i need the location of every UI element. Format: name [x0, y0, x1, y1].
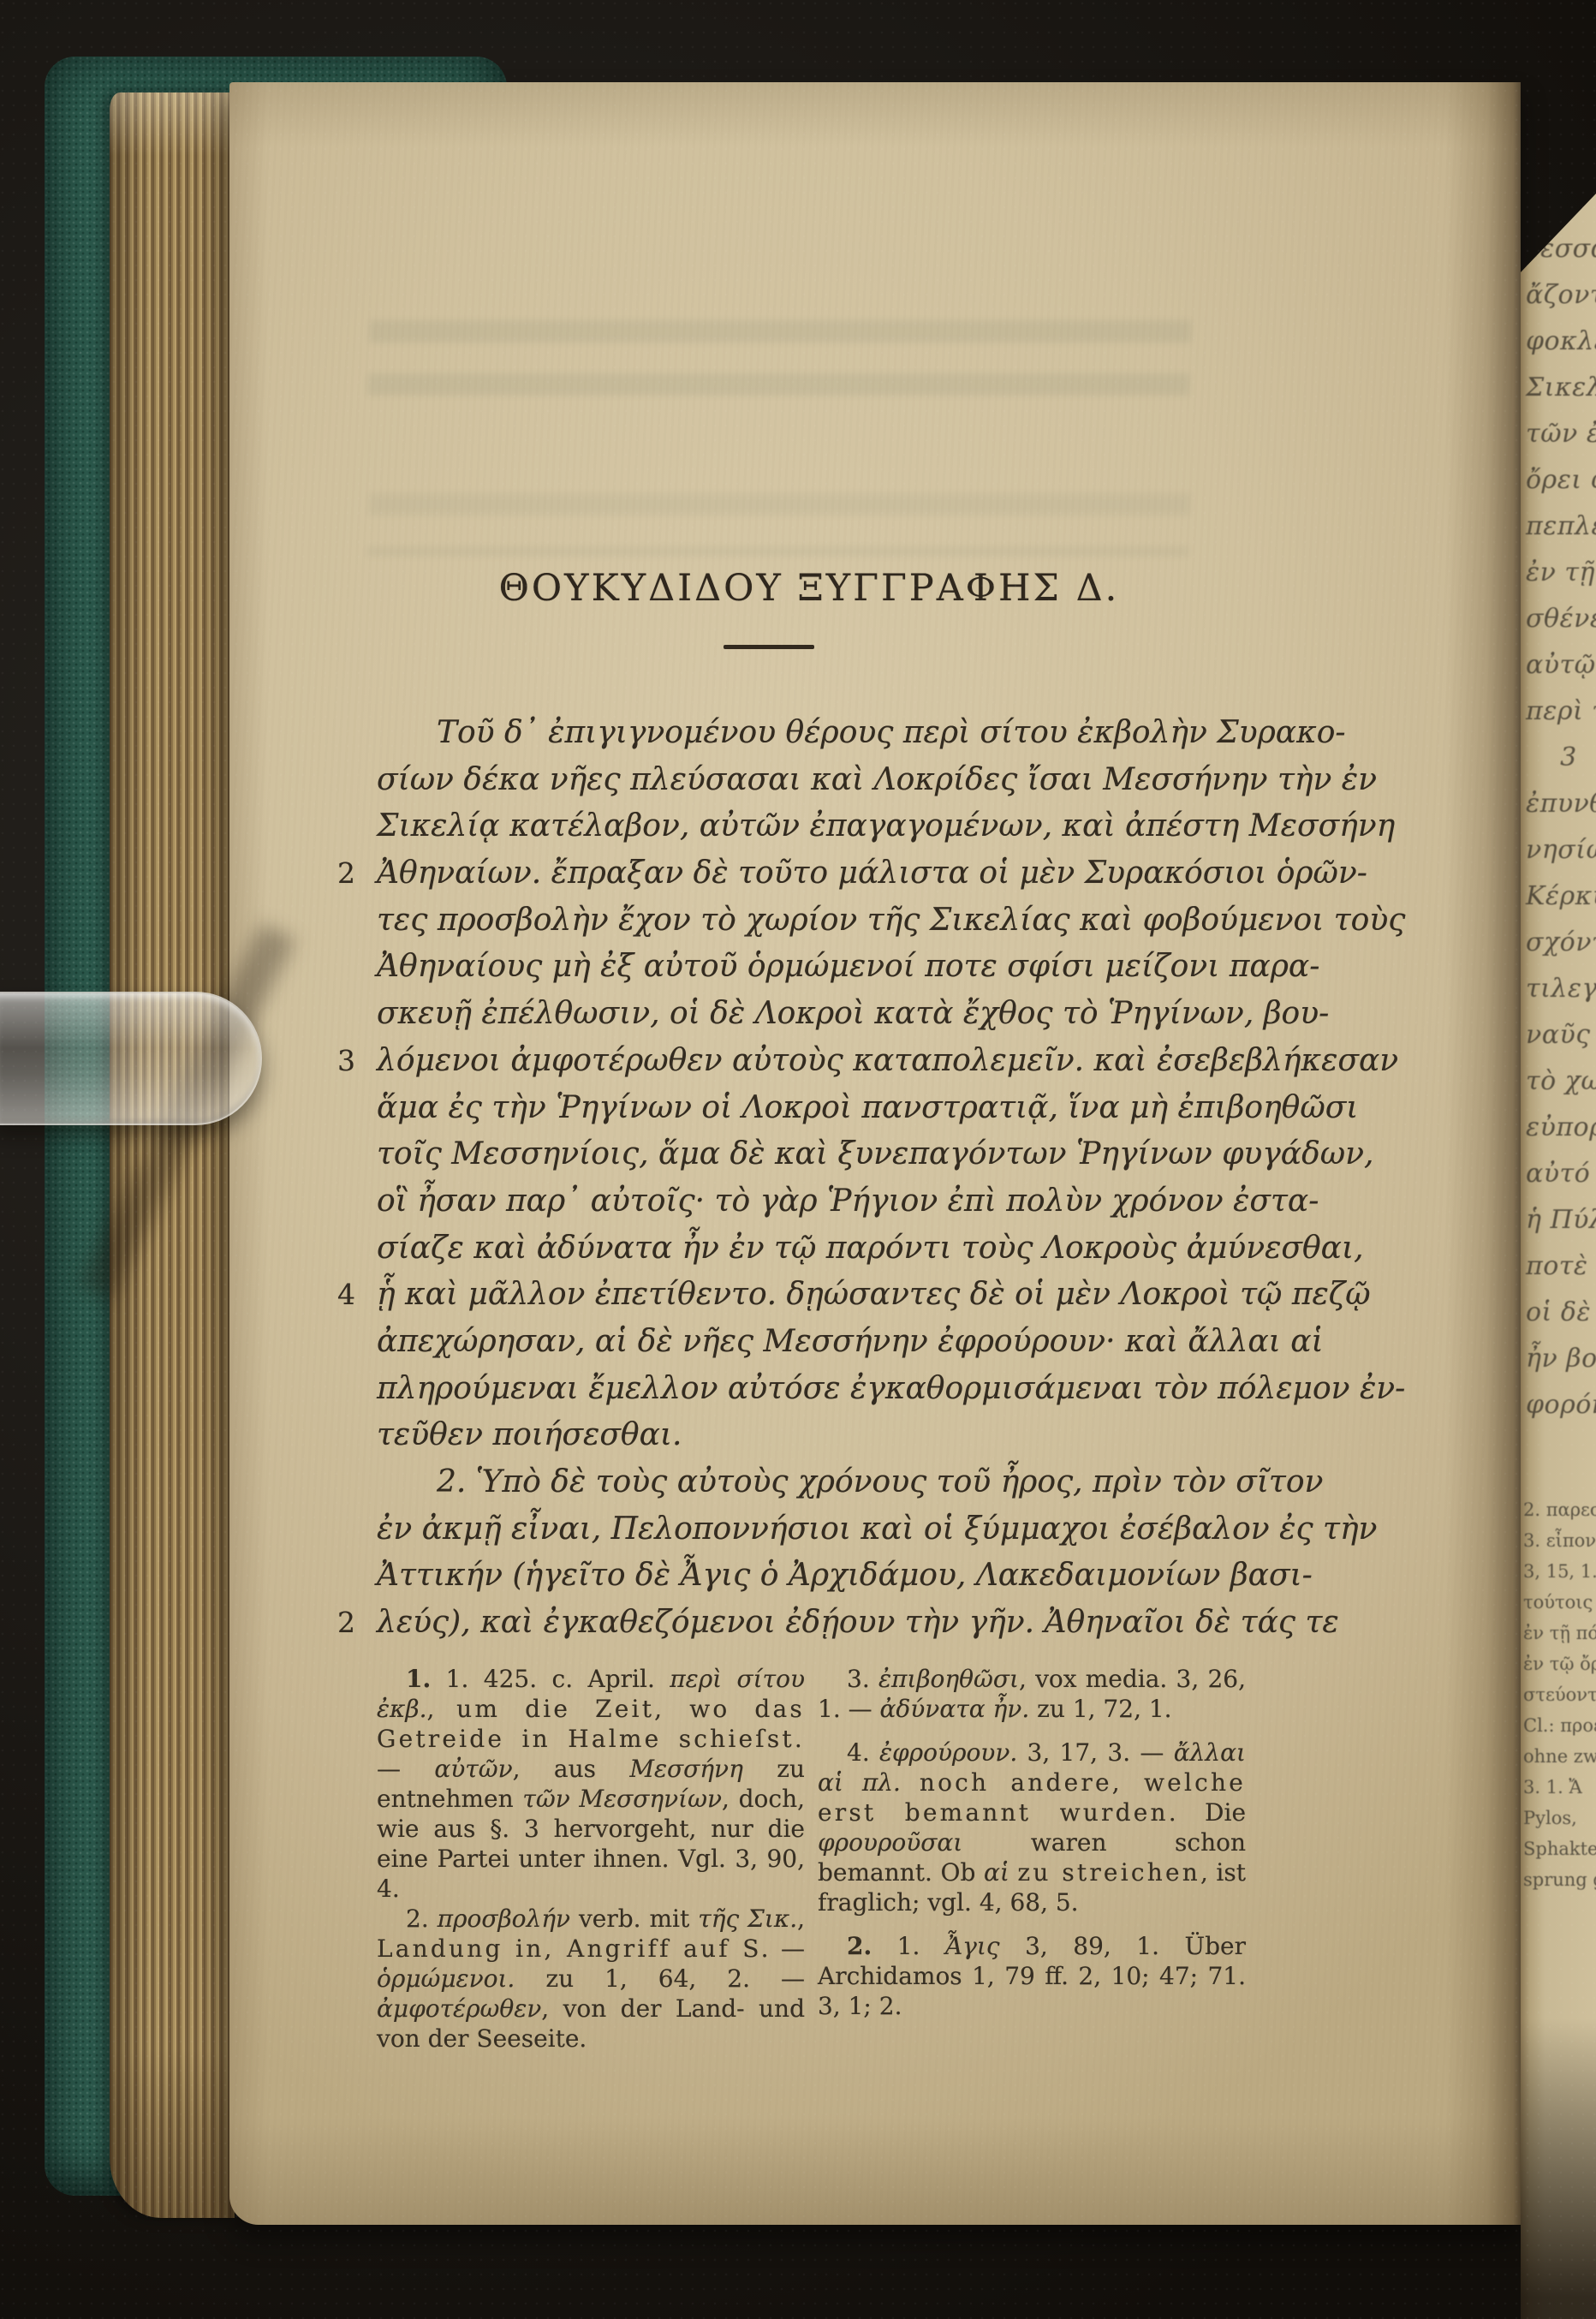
facing-text-fragment: τεσσα: [1526, 226, 1596, 272]
facing-page: τεσσαἄζοντφοκλέΣικελτῶν ἐὄρει φπεπλευἐν …: [1521, 171, 1596, 2319]
facing-note-fragment: Pylos,: [1523, 1803, 1596, 1833]
footnote-segment: τῆς Σικ.: [698, 1905, 797, 1933]
facing-note-fragment: 3, 15, 1. u.: [1523, 1556, 1596, 1587]
footnote-segment: —: [771, 1934, 805, 1963]
greek-text-line: ἐν ἀκμῇ εἶναι, Πελοποννήσιοι καὶ οἱ ξύμμ…: [377, 1506, 1405, 1553]
facing-note-fragment: τούτοις wie: [1523, 1587, 1596, 1618]
greek-text: λόμενοι ἀμφοτέρωθεν αὐτοὺς καταπολεμεῖν.…: [377, 1043, 1398, 1078]
facing-text-fragment: νησίω: [1526, 827, 1596, 873]
greek-text: Σικελίᾳ κατέλαβον, αὐτῶν ἐπαγαγομένων, κ…: [377, 808, 1395, 844]
footnote-segment: Μεσσήνη: [629, 1755, 743, 1783]
page-holder-clip: [0, 992, 262, 1125]
footnote-segment: 1. 425. c. April.: [431, 1665, 670, 1693]
footnote-paragraph: 2. 1. Ἆγις 3, 89, 1. Über Archidamos 1, …: [818, 1931, 1246, 2021]
section-number: 2: [337, 1600, 372, 1647]
facing-text-fragment: Σικελ: [1526, 365, 1596, 411]
greek-text-line: Σικελίᾳ κατέλαβον, αὐτῶν ἐπαγαγομένων, κ…: [377, 803, 1405, 850]
greek-text: τες προσβολὴν ἔχον τὸ χωρίον τῆς Σικελία…: [377, 903, 1405, 938]
footnote-segment: 1.: [406, 1665, 431, 1693]
greek-text: τεῦθεν ποιήσεσθαι.: [377, 1417, 682, 1452]
facing-note-fragment: 2. παρεσ: [1523, 1494, 1596, 1525]
footnote-segment: zu 1, 64, 2. —: [515, 1964, 805, 1993]
footnote-segment: 3.: [847, 1665, 878, 1693]
greek-text-line: 2. Ὑπὸ δὲ τοὺς αὐτοὺς χρόνους τοῦ ἦρος, …: [377, 1459, 1405, 1506]
greek-text: Ἀττικήν (ἡγεῖτο δὲ Ἆγις ὁ Ἀρχιδάμου, Λακ…: [377, 1558, 1313, 1593]
footnote-segment: Landung in, Angriff auf S.: [377, 1934, 771, 1963]
footnote-paragraph: 4. ἐφρούρουν. 3, 17, 3. — ἄλλαι αἱ πλ. n…: [818, 1738, 1246, 1917]
footnote-segment: ὁρμώμενοι.: [377, 1964, 515, 1993]
facing-note-fragment: sprung g: [1523, 1864, 1596, 1895]
page-title: ΘΟΥΚΥΔΙΔΟΥ ΞΥΓΓΡΑΦΗΣ Δ.: [377, 567, 1242, 610]
greek-text-line: πληρούμεναι ἔμελλον αὐτόσε ἐγκαθορμισάμε…: [377, 1366, 1405, 1413]
facing-text-fragment: τὸ χωρί: [1526, 1058, 1596, 1105]
greek-text-line: 2Ἀθηναίων. ἔπραξαν δὲ τοῦτο μάλιστα οἱ μ…: [377, 850, 1405, 897]
footnote-paragraph: 3. ἐπιβοηθῶσι, vox media. 3, 26, 1. — ἀδ…: [818, 1664, 1246, 1724]
photo-background: ΘΟΥΚΥΔΙΔΟΥ ΞΥΓΓΡΑΦΗΣ Δ. Τοῦ δ᾽ ἐπιγιγνομ…: [0, 0, 1596, 2319]
facing-text-fragment: οἱ δὲ πο: [1526, 1290, 1596, 1336]
footnote-segment: ἐπιβοηθῶσι: [878, 1665, 1019, 1693]
footnote-segment: 1.: [872, 1932, 945, 1960]
facing-text-fragment: 3: [1526, 735, 1596, 781]
footnote-paragraph: 2. προσβολήν verb. mit τῆς Σικ., Landung…: [377, 1904, 805, 2054]
facing-text-fragment: αὐτό τε: [1526, 1151, 1596, 1197]
greek-text-line: σίων δέκα νῆες πλεύσασαι καὶ Λοκρίδες ἴσ…: [377, 757, 1405, 804]
section-number: 4: [337, 1272, 372, 1319]
footnote-paragraph: 1. 1. 425. c. April. περὶ σίτου ἐκβ., um…: [377, 1664, 805, 1904]
footnote-segment: τῶν Μεσσηνίων: [522, 1785, 722, 1813]
footnote-segment: Ἆγις: [945, 1932, 1000, 1960]
greek-text-line: Τοῦ δ᾽ ἐπιγιγνομένου θέρους περὶ σίτου ἐ…: [377, 710, 1405, 757]
greek-text-line: σκευῇ ἐπέλθωσιν, οἱ δὲ Λοκροὶ κατὰ ἔχθος…: [377, 991, 1405, 1038]
title-divider: [724, 645, 814, 649]
greek-text: λεύς), καὶ ἐγκαθεζόμενοι ἐδῄουν τὴν γῆν.…: [377, 1605, 1339, 1640]
greek-text-line: ἀπεχώρησαν, αἱ δὲ νῆες Μεσσήνην ἐφρούρου…: [377, 1319, 1405, 1366]
greek-text: Ἀθηναίους μὴ ἐξ αὐτοῦ ὁρμώμενοί ποτε σφί…: [377, 949, 1319, 984]
greek-text-line: τοῖς Μεσσηνίοις, ἅμα δὲ καὶ ξυνεπαγόντων…: [377, 1131, 1405, 1178]
greek-text: ἅμα ἐς τὴν Ῥηγίνων οἱ Λοκροὶ πανστρατιᾷ,…: [377, 1090, 1358, 1125]
page-show-through: [366, 480, 1191, 557]
facing-page-text: τεσσαἄζοντφοκλέΣικελτῶν ἐὄρει φπεπλευἐν …: [1526, 226, 1596, 1428]
greek-text-line: τεῦθεν ποιήσεσθαι.: [377, 1412, 1405, 1459]
footnote-segment: ,: [426, 1695, 456, 1723]
footnote-segment: [901, 1768, 920, 1797]
footnote-segment: 4.: [847, 1738, 879, 1767]
footnotes-right-column: 3. ἐπιβοηθῶσι, vox media. 3, 26, 1. — ἀδ…: [818, 1664, 1246, 2021]
footnote-segment: zu 1, 72, 1.: [1029, 1695, 1171, 1723]
facing-text-fragment: φορόν τι: [1526, 1382, 1596, 1428]
footnote-segment: verb. mit: [570, 1905, 698, 1933]
section-number: 2: [337, 850, 372, 897]
footnote-segment: αὐτῶν: [434, 1755, 512, 1783]
greek-text: σίων δέκα νῆες πλεύσασαι καὶ Λοκρίδες ἴσ…: [377, 762, 1377, 797]
greek-text: Ἀθηναίων. ἔπραξαν δὲ τοῦτο μάλιστα οἱ μὲ…: [377, 855, 1367, 891]
footnotes-left-column: 1. 1. 425. c. April. περὶ σίτου ἐκβ., um…: [377, 1664, 805, 2054]
greek-text-line: 3λόμενοι ἀμφοτέρωθεν αὐτοὺς καταπολεμεῖν…: [377, 1038, 1405, 1085]
greek-text-line: τες προσβολὴν ἔχον τὸ χωρίον τῆς Σικελία…: [377, 897, 1405, 945]
greek-text-line: σίαζε καὶ ἀδύνατα ἦν ἐν τῷ παρόντι τοὺς …: [377, 1225, 1405, 1273]
section-number: 3: [337, 1038, 372, 1085]
footnote-segment: προσβολήν: [438, 1905, 570, 1933]
greek-text: ἀπεχώρησαν, αἱ δὲ νῆες Μεσσήνην ἐφρούρου…: [377, 1324, 1324, 1359]
facing-text-fragment: ναῦς ἐς: [1526, 1012, 1596, 1058]
facing-note-fragment: στεύοντο. 3,: [1523, 1679, 1596, 1710]
greek-text: ᾗ καὶ μᾶλλον ἐπετίθεντο. δῃώσαντες δὲ οἱ…: [377, 1277, 1371, 1312]
facing-page-notes: 2. παρεσ3. εἶπον3, 15, 1. u.τούτοις wieἐ…: [1523, 1494, 1596, 1895]
facing-text-fragment: φοκλέ: [1526, 319, 1596, 365]
greek-text: Τοῦ δ᾽ ἐπιγιγνομένου θέρους περὶ σίτου ἐ…: [377, 715, 1346, 750]
facing-text-fragment: ἦν βούλ: [1526, 1336, 1596, 1382]
footnote-segment: 2.: [406, 1905, 438, 1933]
footnote-segment: 2.: [847, 1932, 872, 1960]
facing-text-fragment: περὶ τ: [1526, 689, 1596, 735]
facing-text-fragment: ἐπυνθ: [1526, 781, 1596, 827]
facing-text-fragment: ἡ Πύλος: [1526, 1197, 1596, 1243]
facing-text-fragment: τῶν ἐ: [1526, 411, 1596, 457]
facing-note-fragment: ohne zwi: [1523, 1741, 1596, 1772]
footnote-segment: zu streichen: [1017, 1858, 1200, 1887]
facing-text-fragment: ποτὲ οὔσ: [1526, 1243, 1596, 1290]
facing-note-fragment: 3. 1. Ἄ: [1523, 1772, 1596, 1803]
footnote-segment: ἐφρούρουν.: [879, 1738, 1017, 1767]
facing-text-fragment: ἄζοντ: [1526, 272, 1596, 319]
footnote-segment: αἱ: [984, 1858, 1009, 1887]
facing-note-fragment: ἐν τῷ ὄρει: [1523, 1648, 1596, 1679]
facing-text-fragment: ὄρει φ: [1526, 457, 1596, 504]
facing-note-fragment: 3. εἶπον: [1523, 1525, 1596, 1556]
footnote-segment: ἀμφοτέρωθεν: [377, 1994, 541, 2023]
facing-text-fragment: σχόντα: [1526, 920, 1596, 966]
facing-text-fragment: ἐν τῇ: [1526, 550, 1596, 596]
footnote-segment: ,: [797, 1905, 805, 1933]
greek-text-line: Ἀθηναίους μὴ ἐξ αὐτοῦ ὁρμώμενοί ποτε σφί…: [377, 944, 1405, 991]
footnote-segment: 3, 17, 3. —: [1017, 1738, 1173, 1767]
page-show-through: [366, 307, 1193, 426]
greek-text-block: Τοῦ δ᾽ ἐπιγιγνομένου θέρους περὶ σίτου ἐ…: [377, 710, 1405, 1647]
facing-note-fragment: Sphakteria: [1523, 1833, 1596, 1864]
greek-text-line: οἳ ἦσαν παρ᾽ αὐτοῖς· τὸ γὰρ Ῥήγιον ἐπὶ π…: [377, 1178, 1405, 1225]
greek-text-line: Ἀττικήν (ἡγεῖτο δὲ Ἆγις ὁ Ἀρχιδάμου, Λακ…: [377, 1553, 1405, 1600]
greek-text: σίαζε καὶ ἀδύνατα ἦν ἐν τῷ παρόντι τοὺς …: [377, 1231, 1364, 1266]
facing-text-fragment: τιλεγόν: [1526, 966, 1596, 1012]
footnote-segment: ἀδύνατα ἦν.: [880, 1695, 1030, 1723]
footnote-segment: , aus: [513, 1755, 630, 1783]
footnote-segment: [1009, 1858, 1018, 1887]
facing-text-fragment: Κέρκυ: [1526, 873, 1596, 920]
greek-text-line: 2λεύς), καὶ ἐγκαθεζόμενοι ἐδῄουν τὴν γῆν…: [377, 1600, 1405, 1647]
greek-text: πληρούμεναι ἔμελλον αὐτόσε ἐγκαθορμισάμε…: [377, 1371, 1405, 1406]
footnote-segment: —: [377, 1755, 434, 1783]
greek-text: 2. Ὑπὸ δὲ τοὺς αὐτοὺς χρόνους τοῦ ἦρος, …: [377, 1464, 1323, 1499]
greek-text: σκευῇ ἐπέλθωσιν, οἱ δὲ Λοκροὶ κατὰ ἔχθος…: [377, 996, 1329, 1031]
greek-text: οἳ ἦσαν παρ᾽ αὐτοῖς· τὸ γὰρ Ῥήγιον ἐπὶ π…: [377, 1183, 1319, 1219]
greek-text-line: ἅμα ἐς τὴν Ῥηγίνων οἱ Λοκροὶ πανστρατιᾷ,…: [377, 1085, 1405, 1132]
facing-note-fragment: Cl.: προεπ: [1523, 1710, 1596, 1741]
facing-text-fragment: σθένει: [1526, 596, 1596, 642]
facing-text-fragment: εὐπορία: [1526, 1105, 1596, 1151]
facing-text-fragment: πεπλευ: [1526, 504, 1596, 550]
facing-text-fragment: αὐτῷ ὁ: [1526, 642, 1596, 689]
greek-text-line: 4ᾗ καὶ μᾶλλον ἐπετίθεντο. δῃώσαντες δὲ ο…: [377, 1272, 1405, 1319]
footnote-segment: Die: [1179, 1798, 1246, 1827]
facing-note-fragment: ἐν τῇ πόλε: [1523, 1618, 1596, 1648]
greek-text: ἐν ἀκμῇ εἶναι, Πελοποννήσιοι καὶ οἱ ξύμμ…: [377, 1511, 1377, 1547]
footnote-segment: φρουροῦσαι: [818, 1828, 962, 1857]
greek-text: τοῖς Μεσσηνίοις, ἅμα δὲ καὶ ξυνεπαγόντων…: [377, 1136, 1373, 1171]
